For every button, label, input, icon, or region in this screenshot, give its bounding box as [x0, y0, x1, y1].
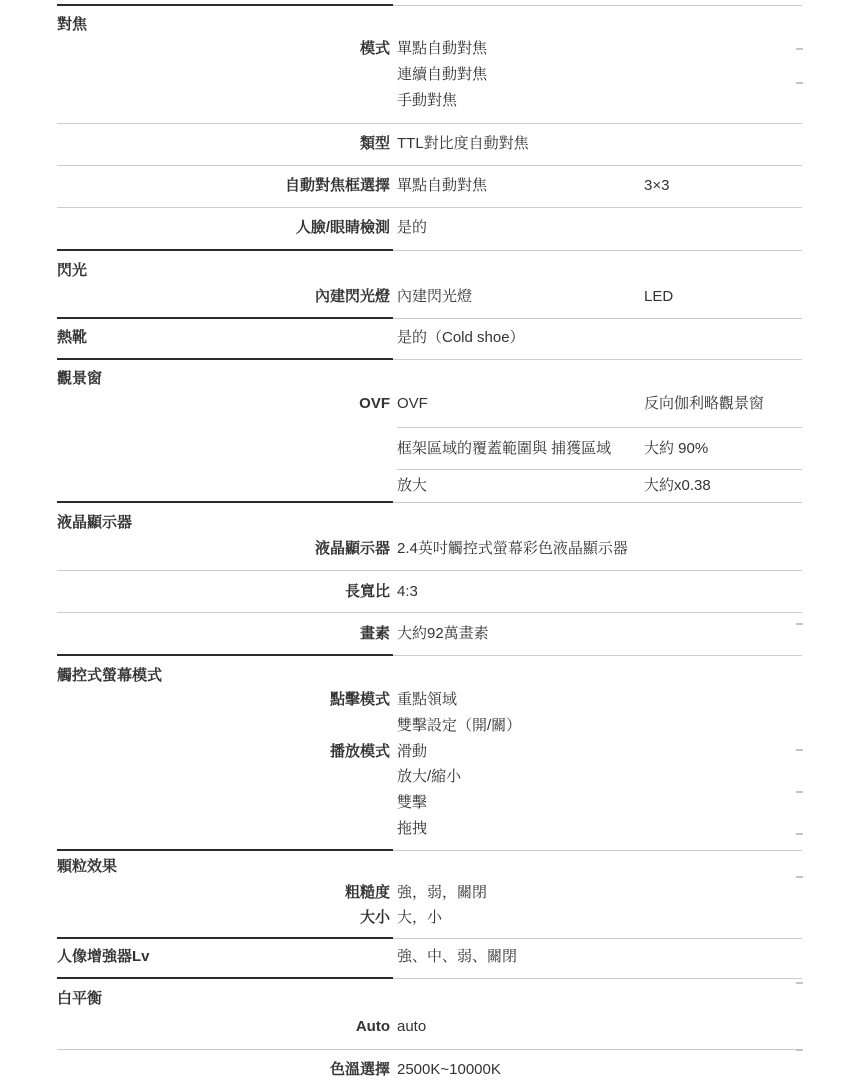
spec-value: TTL對比度自動對焦	[397, 133, 529, 155]
spec-label: 點擊模式	[330, 689, 390, 711]
section-rule-dark	[57, 501, 393, 503]
spec-value: 拖拽	[397, 818, 427, 840]
section-title-portrait-enhancer: 人像增強器Lv	[57, 946, 150, 968]
spec-label: 人臉/眼睛檢測	[296, 217, 390, 239]
spec-value: 放大/縮小	[397, 766, 461, 788]
spec-value: 強，弱，關閉	[397, 882, 487, 904]
subrow-rule	[397, 427, 802, 428]
spec-value: 大約92萬畫素	[397, 623, 489, 645]
spec-value: 連續自動對焦	[397, 64, 487, 86]
spec-label: Auto	[356, 1016, 390, 1038]
spec-label: 模式	[360, 38, 390, 60]
section-rule-dark	[57, 249, 393, 251]
section-title-focus: 對焦	[57, 14, 87, 36]
spec-value: OVF	[397, 393, 428, 415]
spec-value: 是的（Cold shoe）	[397, 327, 525, 349]
section-rule-light	[393, 850, 802, 851]
row-rule	[57, 612, 802, 613]
spec-value: 滑動	[397, 741, 427, 763]
spec-value: 是的	[397, 217, 427, 239]
section-rule-dark	[57, 654, 393, 656]
row-rule	[57, 570, 802, 571]
row-rule	[57, 123, 802, 124]
spec-value: 單點自動對焦	[397, 175, 487, 197]
section-title-flash: 閃光	[57, 260, 87, 282]
spec-value: 雙擊設定（開/關）	[397, 715, 521, 737]
section-rule-light	[393, 318, 802, 319]
spec-label: 播放模式	[330, 741, 390, 763]
section-rule-dark	[57, 977, 393, 979]
spec-value: 內建閃光燈	[397, 286, 472, 308]
spec-value: auto	[397, 1016, 426, 1038]
spec-value-secondary: 大約 90%	[644, 438, 708, 460]
spec-value: 放大	[397, 475, 427, 497]
section-rule-light	[393, 5, 802, 6]
spec-value-secondary: LED	[644, 286, 673, 308]
section-rule-light	[393, 655, 802, 656]
spec-value: 手動對焦	[397, 90, 457, 112]
section-title-hot-shoe: 熱靴	[57, 327, 87, 349]
edge-tick	[796, 82, 803, 84]
spec-value-secondary: 大約x0.38	[644, 475, 711, 497]
section-rule-dark	[57, 358, 393, 360]
edge-tick	[796, 982, 803, 984]
edge-tick	[796, 876, 803, 878]
row-rule	[57, 207, 802, 208]
spec-label: 畫素	[360, 623, 390, 645]
spec-label: 色溫選擇	[330, 1059, 390, 1081]
spec-value: 框架區域的覆蓋範圍與 捕獲區域	[397, 438, 611, 460]
section-rule-light	[393, 359, 802, 360]
spec-value-secondary: 3×3	[644, 175, 669, 197]
section-rule-light	[393, 978, 802, 979]
spec-value: 強、中、弱、關閉	[397, 946, 517, 968]
spec-value: 2500K~10000K	[397, 1059, 501, 1081]
section-rule-light	[393, 502, 802, 503]
edge-tick	[796, 48, 803, 50]
spec-label: 長寬比	[345, 581, 390, 603]
edge-tick	[796, 791, 803, 793]
spec-value-secondary: 反向伽利略觀景窗	[644, 393, 764, 415]
section-title-lcd: 液晶顯示器	[57, 512, 132, 534]
spec-label: 內建閃光燈	[315, 286, 390, 308]
spec-label: 自動對焦框選擇	[285, 175, 390, 197]
section-rule-light	[393, 938, 802, 939]
row-rule	[57, 165, 802, 166]
spec-label: 大小	[360, 907, 390, 929]
section-title-grain-effect: 顆粒效果	[57, 856, 117, 878]
spec-label: OVF	[359, 393, 390, 415]
spec-value: 單點自動對焦	[397, 38, 487, 60]
spec-value: 2.4英吋觸控式螢幕彩色液晶顯示器	[397, 538, 628, 560]
spec-value: 大，小	[397, 907, 442, 929]
row-rule	[57, 1049, 802, 1050]
edge-tick	[796, 623, 803, 625]
section-rule-dark	[57, 937, 393, 939]
spec-value: 4:3	[397, 581, 418, 603]
spec-label: 類型	[360, 133, 390, 155]
section-title-white-balance: 白平衡	[57, 988, 102, 1010]
spec-sheet: 對焦 模式 單點自動對焦 連續自動對焦 手動對焦 類型 TTL對比度自動對焦 自…	[0, 0, 850, 1085]
edge-tick	[796, 749, 803, 751]
spec-value: 雙擊	[397, 792, 427, 814]
section-rule-dark	[57, 4, 393, 6]
section-title-touch-screen-mode: 觸控式螢幕模式	[57, 665, 162, 687]
edge-tick	[796, 1049, 803, 1051]
section-rule-dark	[57, 849, 393, 851]
spec-value: 重點領域	[397, 689, 457, 711]
subrow-rule	[397, 469, 802, 470]
spec-label: 粗糙度	[345, 882, 390, 904]
section-rule-light	[393, 250, 802, 251]
section-rule-dark	[57, 317, 393, 319]
spec-label: 液晶顯示器	[315, 538, 390, 560]
edge-tick	[796, 833, 803, 835]
section-title-viewfinder: 觀景窗	[57, 368, 102, 390]
